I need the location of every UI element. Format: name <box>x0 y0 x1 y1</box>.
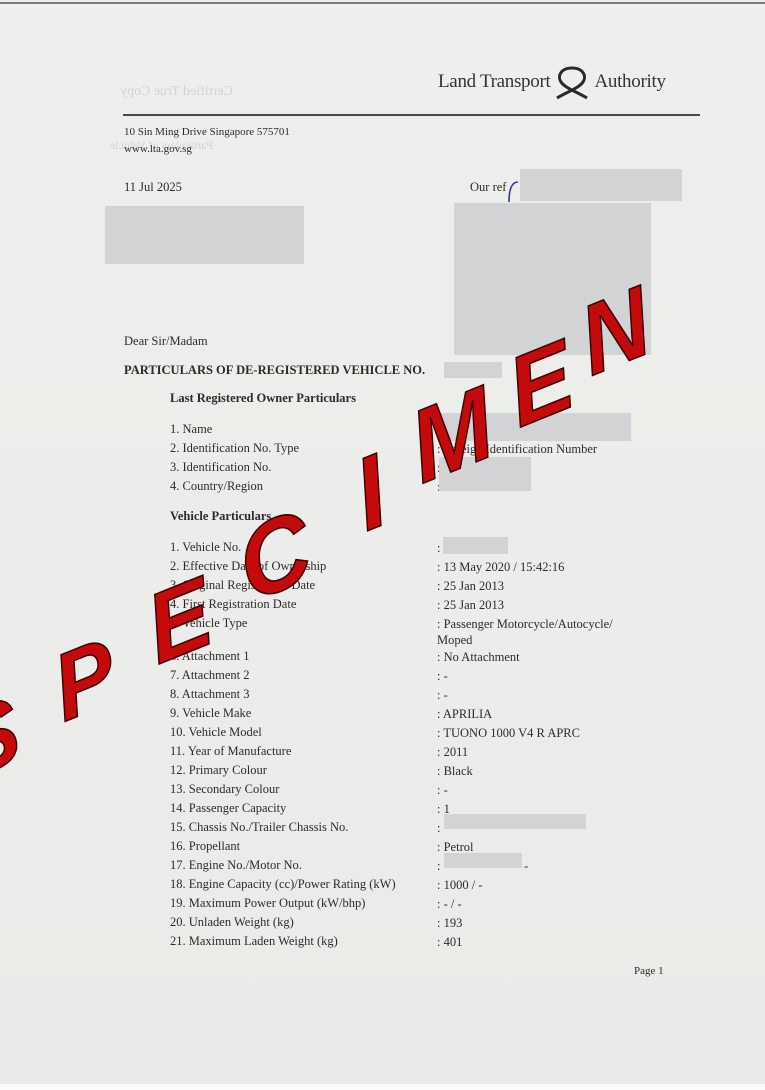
vehicle-row-value: : - <box>437 668 448 684</box>
vehicle-row-value: : - <box>437 782 448 798</box>
scan-edge <box>0 1084 765 1090</box>
vehicle-row-value-continued: Moped <box>437 632 472 648</box>
vehicle-row-label: 14. Passenger Capacity <box>170 801 286 816</box>
owner-row-value: : <box>437 422 440 438</box>
vehicle-row-label: 21. Maximum Laden Weight (kg) <box>170 934 338 949</box>
vehicle-row-label: 9. Vehicle Make <box>170 706 251 721</box>
vehicle-row-label: 11. Year of Manufacture <box>170 744 291 759</box>
owner-row-label: 2. Identification No. Type <box>170 441 299 456</box>
logo-text-right: Authority <box>594 71 665 93</box>
vehicle-row-label: 16. Propellant <box>170 839 240 854</box>
vehicle-row-label: 6. Attachment 1 <box>170 649 250 664</box>
page-number: Page 1 <box>634 965 664 977</box>
vehicle-row-value: : - <box>437 687 448 703</box>
redacted-recipient-block <box>454 203 651 355</box>
vehicle-row-label: 20. Unladen Weight (kg) <box>170 915 294 930</box>
vehicle-row-label: 4. First Registration Date <box>170 597 296 612</box>
logo-text-left: Land Transport <box>438 71 550 93</box>
owner-row-label: 1. Name <box>170 422 212 437</box>
vehicle-row-label: 1. Vehicle No. <box>170 540 241 555</box>
vehicle-row-label: 17. Engine No./Motor No. <box>170 858 302 873</box>
vehicle-row-label: 2. Effective Date of Ownership <box>170 559 326 574</box>
vehicle-row-value: : Passenger Motorcycle/Autocycle/ <box>437 616 613 632</box>
vehicle-row-value: : APRILIA <box>437 706 492 722</box>
owner-row-value: : Foreign Identification Number <box>437 441 597 457</box>
vehicle-row-label: 5. Vehicle Type <box>170 616 247 631</box>
vehicle-row-value: : - / - <box>437 896 462 912</box>
vehicle-row-value: : 401 <box>437 934 462 950</box>
vehicle-row-value-suffix: - <box>524 858 528 874</box>
vehicle-row-label: 3. Original Registration Date <box>170 578 315 593</box>
redacted-owner-id <box>439 457 531 491</box>
vehicle-row-value: : No Attachment <box>437 649 520 665</box>
bleed-through-text: Certified True Copy <box>120 84 233 100</box>
redacted-recipient-address <box>105 206 304 264</box>
vehicle-row-label: 12. Primary Colour <box>170 763 267 778</box>
vehicle-row-value: : TUONO 1000 V4 R APRC <box>437 725 580 741</box>
document-page: Land Transport Authority Certified True … <box>0 2 765 1086</box>
reference-label: Our ref <box>470 180 506 195</box>
salutation: Dear Sir/Madam <box>124 334 208 349</box>
vehicle-row-label: 8. Attachment 3 <box>170 687 250 702</box>
vehicle-row-value: : 193 <box>437 915 462 931</box>
website-link[interactable]: www.lta.gov.sg <box>124 141 290 158</box>
vehicle-row-value: : 13 May 2020 / 15:42:16 <box>437 559 564 575</box>
owner-row-label: 4. Country/Region <box>170 479 263 494</box>
redacted-chassis-number <box>444 814 586 829</box>
lta-logo: Land Transport Authority <box>438 64 666 100</box>
letter-date: 11 Jul 2025 <box>124 180 182 195</box>
vehicle-row-value: : 1000 / - <box>437 877 482 893</box>
vehicle-row-value: : 25 Jan 2013 <box>437 597 504 613</box>
vehicle-section-heading: Vehicle Particulars <box>170 509 271 524</box>
vehicle-row-label: 19. Maximum Power Output (kW/bhp) <box>170 896 365 911</box>
vehicle-row-value: : 2011 <box>437 744 468 760</box>
lta-ribbon-icon <box>553 64 591 100</box>
vehicle-row-label: 7. Attachment 2 <box>170 668 250 683</box>
vehicle-row-value: : <box>437 820 440 836</box>
vehicle-row-label: 10. Vehicle Model <box>170 725 262 740</box>
vehicle-row-value: : Black <box>437 763 473 779</box>
document-title: PARTICULARS OF DE-REGISTERED VEHICLE NO. <box>124 363 425 378</box>
vehicle-row-value: : <box>437 858 440 874</box>
vehicle-row-value: : 25 Jan 2013 <box>437 578 504 594</box>
vehicle-row-label: 18. Engine Capacity (cc)/Power Rating (k… <box>170 877 396 892</box>
header-divider <box>123 114 700 116</box>
redacted-vehicle-no <box>444 362 502 378</box>
address-line: 10 Sin Ming Drive Singapore 575701 <box>124 124 290 141</box>
vehicle-row-label: 15. Chassis No./Trailer Chassis No. <box>170 820 348 835</box>
sender-address: 10 Sin Ming Drive Singapore 575701 www.l… <box>124 124 290 158</box>
vehicle-row-value: : <box>437 540 440 556</box>
redacted-owner-name <box>441 413 631 441</box>
owner-row-label: 3. Identification No. <box>170 460 271 475</box>
owner-section-heading: Last Registered Owner Particulars <box>170 391 356 406</box>
redacted-vehicle-number <box>443 537 508 554</box>
pen-mark-icon <box>506 180 520 204</box>
redacted-reference <box>520 169 682 201</box>
vehicle-row-label: 13. Secondary Colour <box>170 782 279 797</box>
redacted-engine-number <box>444 853 522 868</box>
